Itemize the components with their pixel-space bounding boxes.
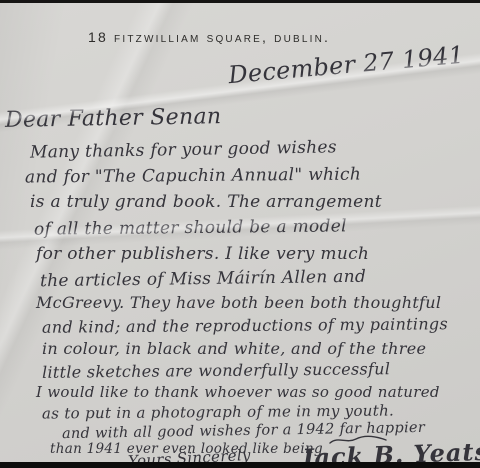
body-line: is a truly grand book. The arrangement <box>30 192 382 212</box>
salutation: Dear Father Senan <box>5 104 222 133</box>
photo-bottom-edge <box>0 462 480 468</box>
body-line: as to put in a photograph of me in my yo… <box>42 401 394 422</box>
body-line: the articles of Miss Máirín Allen and <box>40 267 366 292</box>
body-line: little sketches are wonderfully successf… <box>42 359 390 382</box>
body-line: McGreevy. They have both been both thoug… <box>36 293 441 312</box>
body-line: Many thanks for your good wishes <box>30 137 337 162</box>
letter-date: December 27 1941 <box>227 41 465 90</box>
letter-paper: 18 Fitzwilliam Square, Dublin. December … <box>0 3 480 462</box>
body-line: in colour, in black and white, and of th… <box>42 339 426 358</box>
body-line: of all the matter should be a model <box>34 216 347 239</box>
body-line: and for "The Capuchin Annual" which <box>25 165 361 188</box>
body-line: and kind; and the reproductions of my pa… <box>42 314 448 337</box>
body-line: for other publishers. I like very much <box>36 244 369 264</box>
letterhead-address: 18 Fitzwilliam Square, Dublin. <box>88 29 330 45</box>
body-line: I would like to thank whoever was so goo… <box>36 383 440 401</box>
